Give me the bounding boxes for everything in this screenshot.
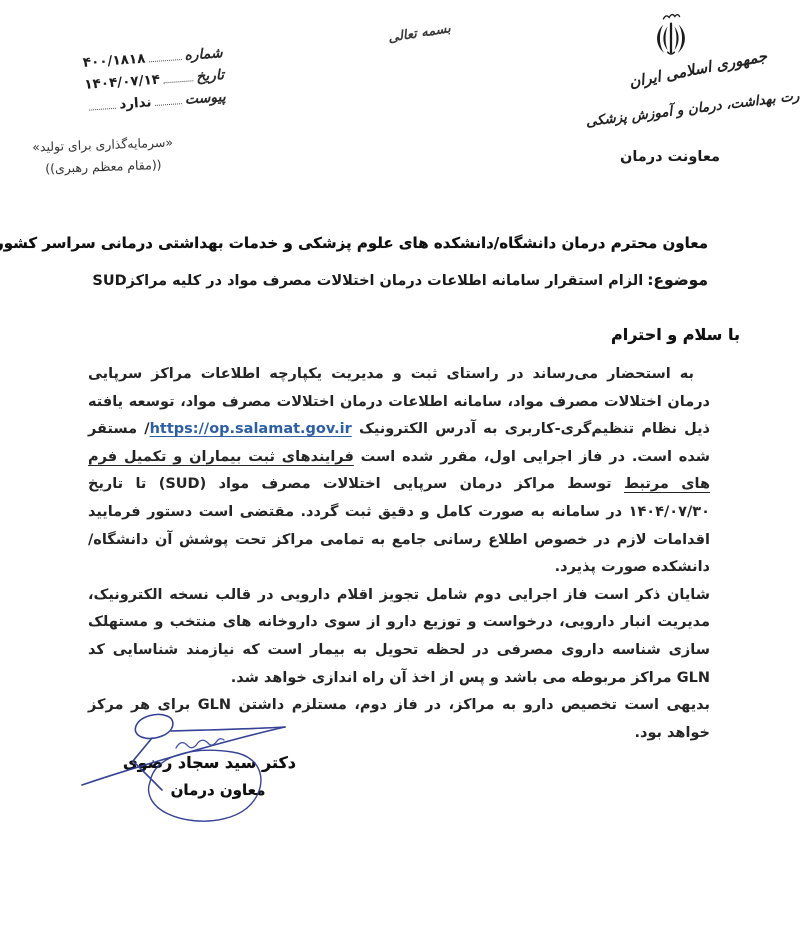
number-label: شماره bbox=[184, 45, 223, 64]
handwritten-signature-icon bbox=[72, 686, 348, 834]
salamat-portal-link[interactable]: https://op.salamat.gov.ir bbox=[150, 421, 352, 437]
attachment-value: ندارد bbox=[119, 94, 152, 112]
slogan-block: «سرمایه‌گذاری برای تولید» ((مقام معظم ره… bbox=[27, 131, 178, 180]
p1-text-rest: توسط مراکز درمان سرپایی اختلالات مصرف مو… bbox=[88, 476, 710, 575]
dotted-leader bbox=[149, 59, 182, 62]
subject-text: الزام استقرار سامانه اطلاعات درمان اختلا… bbox=[92, 273, 643, 289]
dotted-leader bbox=[155, 103, 182, 106]
attachment-label: پیوست bbox=[184, 89, 226, 108]
dotted-leader bbox=[89, 108, 116, 111]
recipient-line: معاون محترم درمان دانشگاه/دانشکده های عل… bbox=[0, 234, 708, 252]
iran-emblem-icon bbox=[652, 12, 690, 60]
salutation: با سلام و احترام bbox=[611, 325, 740, 344]
ministry-title: وزارت بهداشت، درمان و آموزش پزشکی bbox=[585, 86, 800, 130]
dotted-leader bbox=[163, 80, 193, 83]
paragraph-2: شایان ذکر است فاز اجرایی دوم شامل تجویز … bbox=[88, 582, 710, 692]
date-label: تاریخ bbox=[196, 67, 225, 85]
paragraph-1: به استحضار می‌رساند در راستای ثبت و مدیر… bbox=[88, 361, 710, 582]
deputy-title: معاونت درمان bbox=[620, 149, 720, 165]
reference-block: شماره ۴۰۰/۱۸۱۸ تاریخ ۱۴۰۴/۰۷/۱۴ پیوست ند… bbox=[82, 39, 226, 115]
subject-label: موضوع: bbox=[647, 271, 708, 289]
official-letter-page: بسمه تعالی شماره ۴۰۰/۱۸۱۸ تاریخ ۱۴۰۴/۰۷/… bbox=[0, 0, 800, 939]
slogan-line-2: ((مقام معظم رهبری)) bbox=[28, 153, 179, 180]
subject-line: موضوع:الزام استقرار سامانه اطلاعات درمان… bbox=[92, 271, 708, 289]
republic-title: جمهوری اسلامی ایران bbox=[628, 47, 769, 91]
besmellah-text: بسمه تعالی bbox=[387, 21, 451, 46]
